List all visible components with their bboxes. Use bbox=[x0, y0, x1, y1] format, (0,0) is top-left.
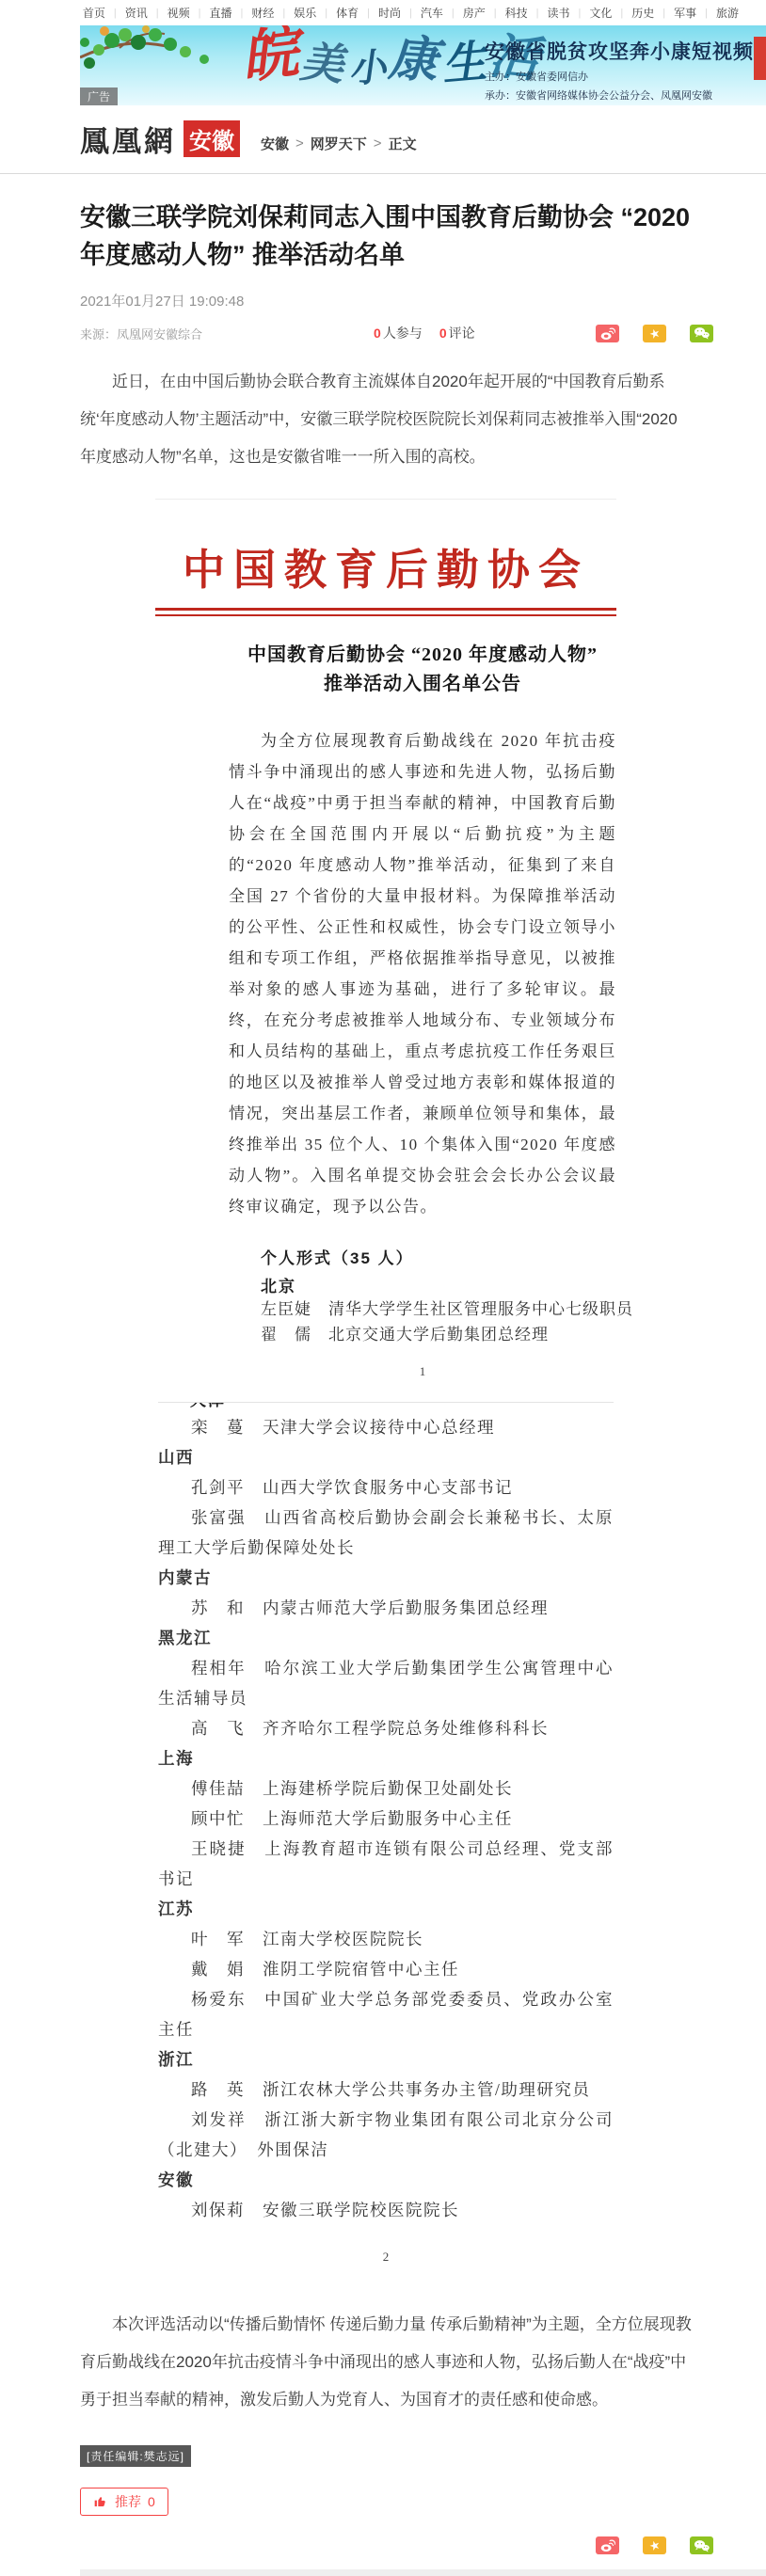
nav-item: 资讯| bbox=[117, 5, 159, 21]
doc-clipped-line: 天津 bbox=[158, 1403, 614, 1412]
nav-link[interactable]: 历史 bbox=[623, 5, 662, 21]
nav-link[interactable]: 首页 bbox=[74, 5, 114, 21]
breadcrumb-current: 正文 bbox=[389, 134, 417, 153]
nav-item: 首页| bbox=[74, 5, 117, 21]
comment-label: 评论 bbox=[449, 326, 475, 341]
doc-list-row: 上海 bbox=[158, 1743, 614, 1773]
calligraphy-char: 生 bbox=[440, 40, 488, 89]
weibo-share-button[interactable] bbox=[596, 2536, 619, 2554]
doc-list-row: 叶 军 江南大学校医院院长 bbox=[158, 1924, 614, 1954]
nav-item: 科技| bbox=[497, 5, 539, 21]
anhui-channel-badge[interactable]: 安徽 bbox=[184, 120, 240, 157]
ad-tag: 广告 bbox=[80, 87, 118, 105]
site-header: 鳳凰網 安徽 安徽 > 网罗天下 > 正文 bbox=[80, 118, 766, 160]
nav-link[interactable]: 汽车 bbox=[412, 5, 452, 21]
thumb-up-icon bbox=[93, 2494, 108, 2509]
doc-list-row: 安徽 bbox=[158, 2165, 614, 2195]
announcement-image-page2: 天津 栾 蔓 天津大学会议接待中心总经理山西孔剑平 山西大学饮食服务中心支部书记… bbox=[158, 1402, 614, 2268]
nav-link[interactable]: 财经 bbox=[243, 5, 282, 21]
doc-body-paragraph: 为全方位展现教育后勤战线在 2020 年抗击疫情斗争中涌现出的感人事迹和先进人物… bbox=[229, 725, 616, 1222]
doc-list-row: 戴 娟 淮阴工学院宿管中心主任 bbox=[158, 1954, 614, 1984]
doc-list-row: 苏 和 内蒙古师范大学后勤服务集团总经理 bbox=[158, 1593, 614, 1623]
doc-page-number: 2 bbox=[158, 2250, 614, 2268]
banner-text-block: 安徽省脱贫攻坚奔小康短视频 主办：安徽省委网信办 承办：安徽省网络媒体协会公益分… bbox=[485, 37, 754, 103]
doc-list-row: 刘发祥 浙江浙大新宇物业集团有限公司北京分公司（北建大） 外围保洁 bbox=[158, 2105, 614, 2165]
editor-badge: [责任编辑:樊志远] bbox=[80, 2445, 191, 2467]
doc-list-row: 杨爱东 中国矿业大学总务部党委委员、党政办公室主任 bbox=[158, 1984, 614, 2044]
top-nav: 首页| 资讯| 视频| 直播| 财经| 娱乐| 体育| 时尚| 汽车| 房产| … bbox=[0, 0, 766, 25]
share-buttons: ★ bbox=[596, 325, 713, 342]
nav-link[interactable]: 房产 bbox=[455, 5, 494, 21]
banner-organizer-line: 承办：安徽省网络媒体协会公益分会、凤凰网安徽 bbox=[485, 87, 754, 103]
nav-link[interactable]: 直播 bbox=[200, 5, 240, 21]
article-meta-row: 来源：凤凰网安徽综合 0人参与 0评论 ★ bbox=[80, 324, 692, 342]
nav-item: 财经| bbox=[243, 5, 285, 21]
wechat-share-button[interactable] bbox=[690, 2536, 713, 2554]
nav-item: 军事| bbox=[665, 5, 708, 21]
publish-datetime: 2021年01月27日 19:09:48 bbox=[80, 291, 692, 310]
ifeng-logo[interactable]: 鳳凰網 bbox=[80, 118, 176, 160]
comment-count[interactable]: 0评论 bbox=[439, 324, 475, 342]
announcement-image-page1: 中国教育后勤协会 中国教育后勤协会 “2020 年度感动人物” 推举活动入围名单… bbox=[155, 499, 616, 1379]
doc-list-row: 浙江 bbox=[158, 2044, 614, 2075]
nav-item: 视频| bbox=[159, 5, 201, 21]
ad-banner[interactable]: 皖 美 小 康 生 活 安徽省脱贫攻坚奔小康短视频 主办：安徽省委网信办 承办：… bbox=[80, 25, 766, 105]
nav-link[interactable]: 体育 bbox=[327, 5, 367, 21]
doc-list-row: 傅佳喆 上海建桥学院后勤保卫处副处长 bbox=[158, 1773, 614, 1804]
star-icon: ★ bbox=[647, 326, 662, 341]
doc-list-row: 江苏 bbox=[158, 1894, 614, 1924]
nav-item: 直播| bbox=[200, 5, 243, 21]
article-paragraph-intro: 近日，在由中国后勤协会联合教育主流媒体自2020年起开展的“中国教育后勤系统‘年… bbox=[80, 363, 692, 476]
doc-list-row: 山西 bbox=[158, 1442, 614, 1472]
doc-list-row: 高 飞 齐齐哈尔工程学院总务处维修科科长 bbox=[158, 1713, 614, 1743]
doc-list-row: 张富强 山西省高校后勤协会副会长兼秘书长、太原理工大学后勤保障处处长 bbox=[158, 1503, 614, 1563]
doc-announce-title-line1: 中国教育后勤协会 “2020 年度感动人物” bbox=[229, 641, 616, 670]
star-icon: ★ bbox=[647, 2538, 662, 2553]
header-divider bbox=[0, 173, 766, 174]
weibo-icon bbox=[599, 326, 615, 341]
doc-list-row: 左臣婕 清华大学学生社区管理服务中心七级职员 bbox=[229, 1296, 616, 1322]
banner-red-seal bbox=[754, 37, 766, 80]
nav-item: 读书| bbox=[538, 5, 581, 21]
banner-host-line: 主办：安徽省委网信办 bbox=[485, 69, 754, 84]
doc-list-row: 内蒙古 bbox=[158, 1563, 614, 1593]
doc-announce-title: 中国教育后勤协会 “2020 年度感动人物” 推举活动入围名单公告 bbox=[229, 641, 616, 699]
participate-count[interactable]: 0人参与 bbox=[374, 324, 423, 342]
nav-link[interactable]: 旅游 bbox=[708, 5, 747, 21]
recommend-count: 0 bbox=[148, 2494, 155, 2509]
breadcrumb-anhui[interactable]: 安徽 bbox=[261, 134, 289, 153]
article: 安徽三联学院刘保莉同志入围中国教育后勤协会 “2020年度感动人物” 推举活动名… bbox=[80, 199, 692, 2554]
doc-list-row: 孔剑平 山西大学饮食服务中心支部书记 bbox=[158, 1472, 614, 1503]
nav-link[interactable]: 时尚 bbox=[370, 5, 409, 21]
article-source: 来源：凤凰网安徽综合 bbox=[80, 325, 202, 342]
doc-region-heading: 北京 bbox=[261, 1273, 616, 1296]
footer-strip bbox=[80, 2569, 766, 2576]
wechat-icon bbox=[694, 326, 710, 340]
breadcrumb-section[interactable]: 网罗天下 bbox=[311, 134, 367, 153]
nav-item: 汽车| bbox=[412, 5, 455, 21]
nav-link[interactable]: 资讯 bbox=[117, 5, 156, 21]
doc-red-double-rule bbox=[155, 608, 616, 616]
doc-body-block: 中国教育后勤协会 “2020 年度感动人物” 推举活动入围名单公告 为全方位展现… bbox=[229, 641, 616, 1379]
calligraphy-char: 美 bbox=[298, 40, 345, 89]
participate-label: 人参与 bbox=[383, 326, 423, 341]
participate-number: 0 bbox=[374, 326, 381, 341]
doc-name-list: 栾 蔓 天津大学会议接待中心总经理山西孔剑平 山西大学饮食服务中心支部书记张富强… bbox=[158, 1412, 614, 2225]
article-paragraph-outro: 本次评选活动以“传播后勤情怀 传递后勤力量 传承后勤精神”为主题，全方位展现教育… bbox=[80, 2306, 692, 2419]
nav-item: 时尚| bbox=[370, 5, 412, 21]
banner-headline: 安徽省脱贫攻坚奔小康短视频 bbox=[485, 37, 754, 65]
doc-list-row: 顾中忙 上海师范大学后勤服务中心主任 bbox=[158, 1804, 614, 1834]
doc-announce-title-line2: 推举活动入围名单公告 bbox=[229, 670, 616, 699]
article-counts: 0人参与 0评论 bbox=[374, 324, 475, 342]
doc-section-heading: 个人形式（35 人） bbox=[261, 1245, 616, 1268]
nav-item: 文化| bbox=[581, 5, 623, 21]
breadcrumb-separator: > bbox=[295, 135, 304, 151]
nav-link[interactable]: 军事 bbox=[665, 5, 705, 21]
calligraphy-char: 小 bbox=[346, 48, 388, 89]
calligraphy-char: 康 bbox=[387, 35, 439, 88]
calligraphy-char: 皖 bbox=[238, 25, 301, 90]
doc-name-list: 左臣婕 清华大学学生社区管理服务中心七级职员翟 儒 北京交通大学后勤集团总经理 bbox=[229, 1296, 616, 1347]
share-buttons-bottom: ★ bbox=[80, 2536, 713, 2554]
doc-clipped-text: 天津 bbox=[190, 1403, 614, 1410]
nav-link[interactable]: 文化 bbox=[581, 5, 620, 21]
nav-link[interactable]: 娱乐 bbox=[285, 5, 325, 21]
recommend-label: 推荐 bbox=[115, 2492, 141, 2511]
doc-list-row: 王晓捷 上海教育超市连锁有限公司总经理、党支部书记 bbox=[158, 1834, 614, 1894]
doc-list-row: 刘保莉 安徽三联学院校医院院长 bbox=[158, 2195, 614, 2225]
doc-list-row: 程相年 哈尔滨工业大学后勤集团学生公寓管理中心生活辅导员 bbox=[158, 1653, 614, 1713]
doc-list-row: 路 英 浙江农林大学公共事务办主管/助理研究员 bbox=[158, 2075, 614, 2105]
nav-link[interactable]: 读书 bbox=[538, 5, 578, 21]
nav-item: 历史| bbox=[623, 5, 665, 21]
wechat-share-button[interactable] bbox=[690, 325, 713, 342]
page-title: 安徽三联学院刘保莉同志入围中国教育后勤协会 “2020年度感动人物” 推举活动名… bbox=[80, 199, 692, 274]
recommend-button[interactable]: 推荐0 bbox=[80, 2488, 168, 2516]
comment-number: 0 bbox=[439, 326, 447, 341]
nav-item: 娱乐| bbox=[285, 5, 327, 21]
doc-list-row: 黑龙江 bbox=[158, 1623, 614, 1653]
nav-item: 房产| bbox=[455, 5, 497, 21]
nav-item: 体育| bbox=[327, 5, 370, 21]
nav-link[interactable]: 视频 bbox=[159, 5, 199, 21]
favorite-share-button[interactable]: ★ bbox=[643, 2536, 666, 2554]
tree-branch-illustration bbox=[80, 25, 249, 93]
breadcrumb: 安徽 > 网罗天下 > 正文 bbox=[261, 124, 417, 153]
nav-item: 旅游| bbox=[708, 5, 747, 21]
favorite-share-button[interactable]: ★ bbox=[643, 325, 666, 342]
doc-org-title: 中国教育后勤协会 bbox=[155, 535, 616, 596]
nav-link[interactable]: 科技 bbox=[497, 5, 536, 21]
weibo-icon bbox=[599, 2538, 615, 2552]
doc-list-row: 栾 蔓 天津大学会议接待中心总经理 bbox=[158, 1412, 614, 1442]
doc-page-number: 1 bbox=[229, 1364, 616, 1379]
breadcrumb-separator: > bbox=[374, 135, 382, 151]
doc-list-row: 翟 儒 北京交通大学后勤集团总经理 bbox=[229, 1322, 616, 1347]
wechat-icon bbox=[694, 2539, 710, 2552]
weibo-share-button[interactable] bbox=[596, 325, 619, 342]
